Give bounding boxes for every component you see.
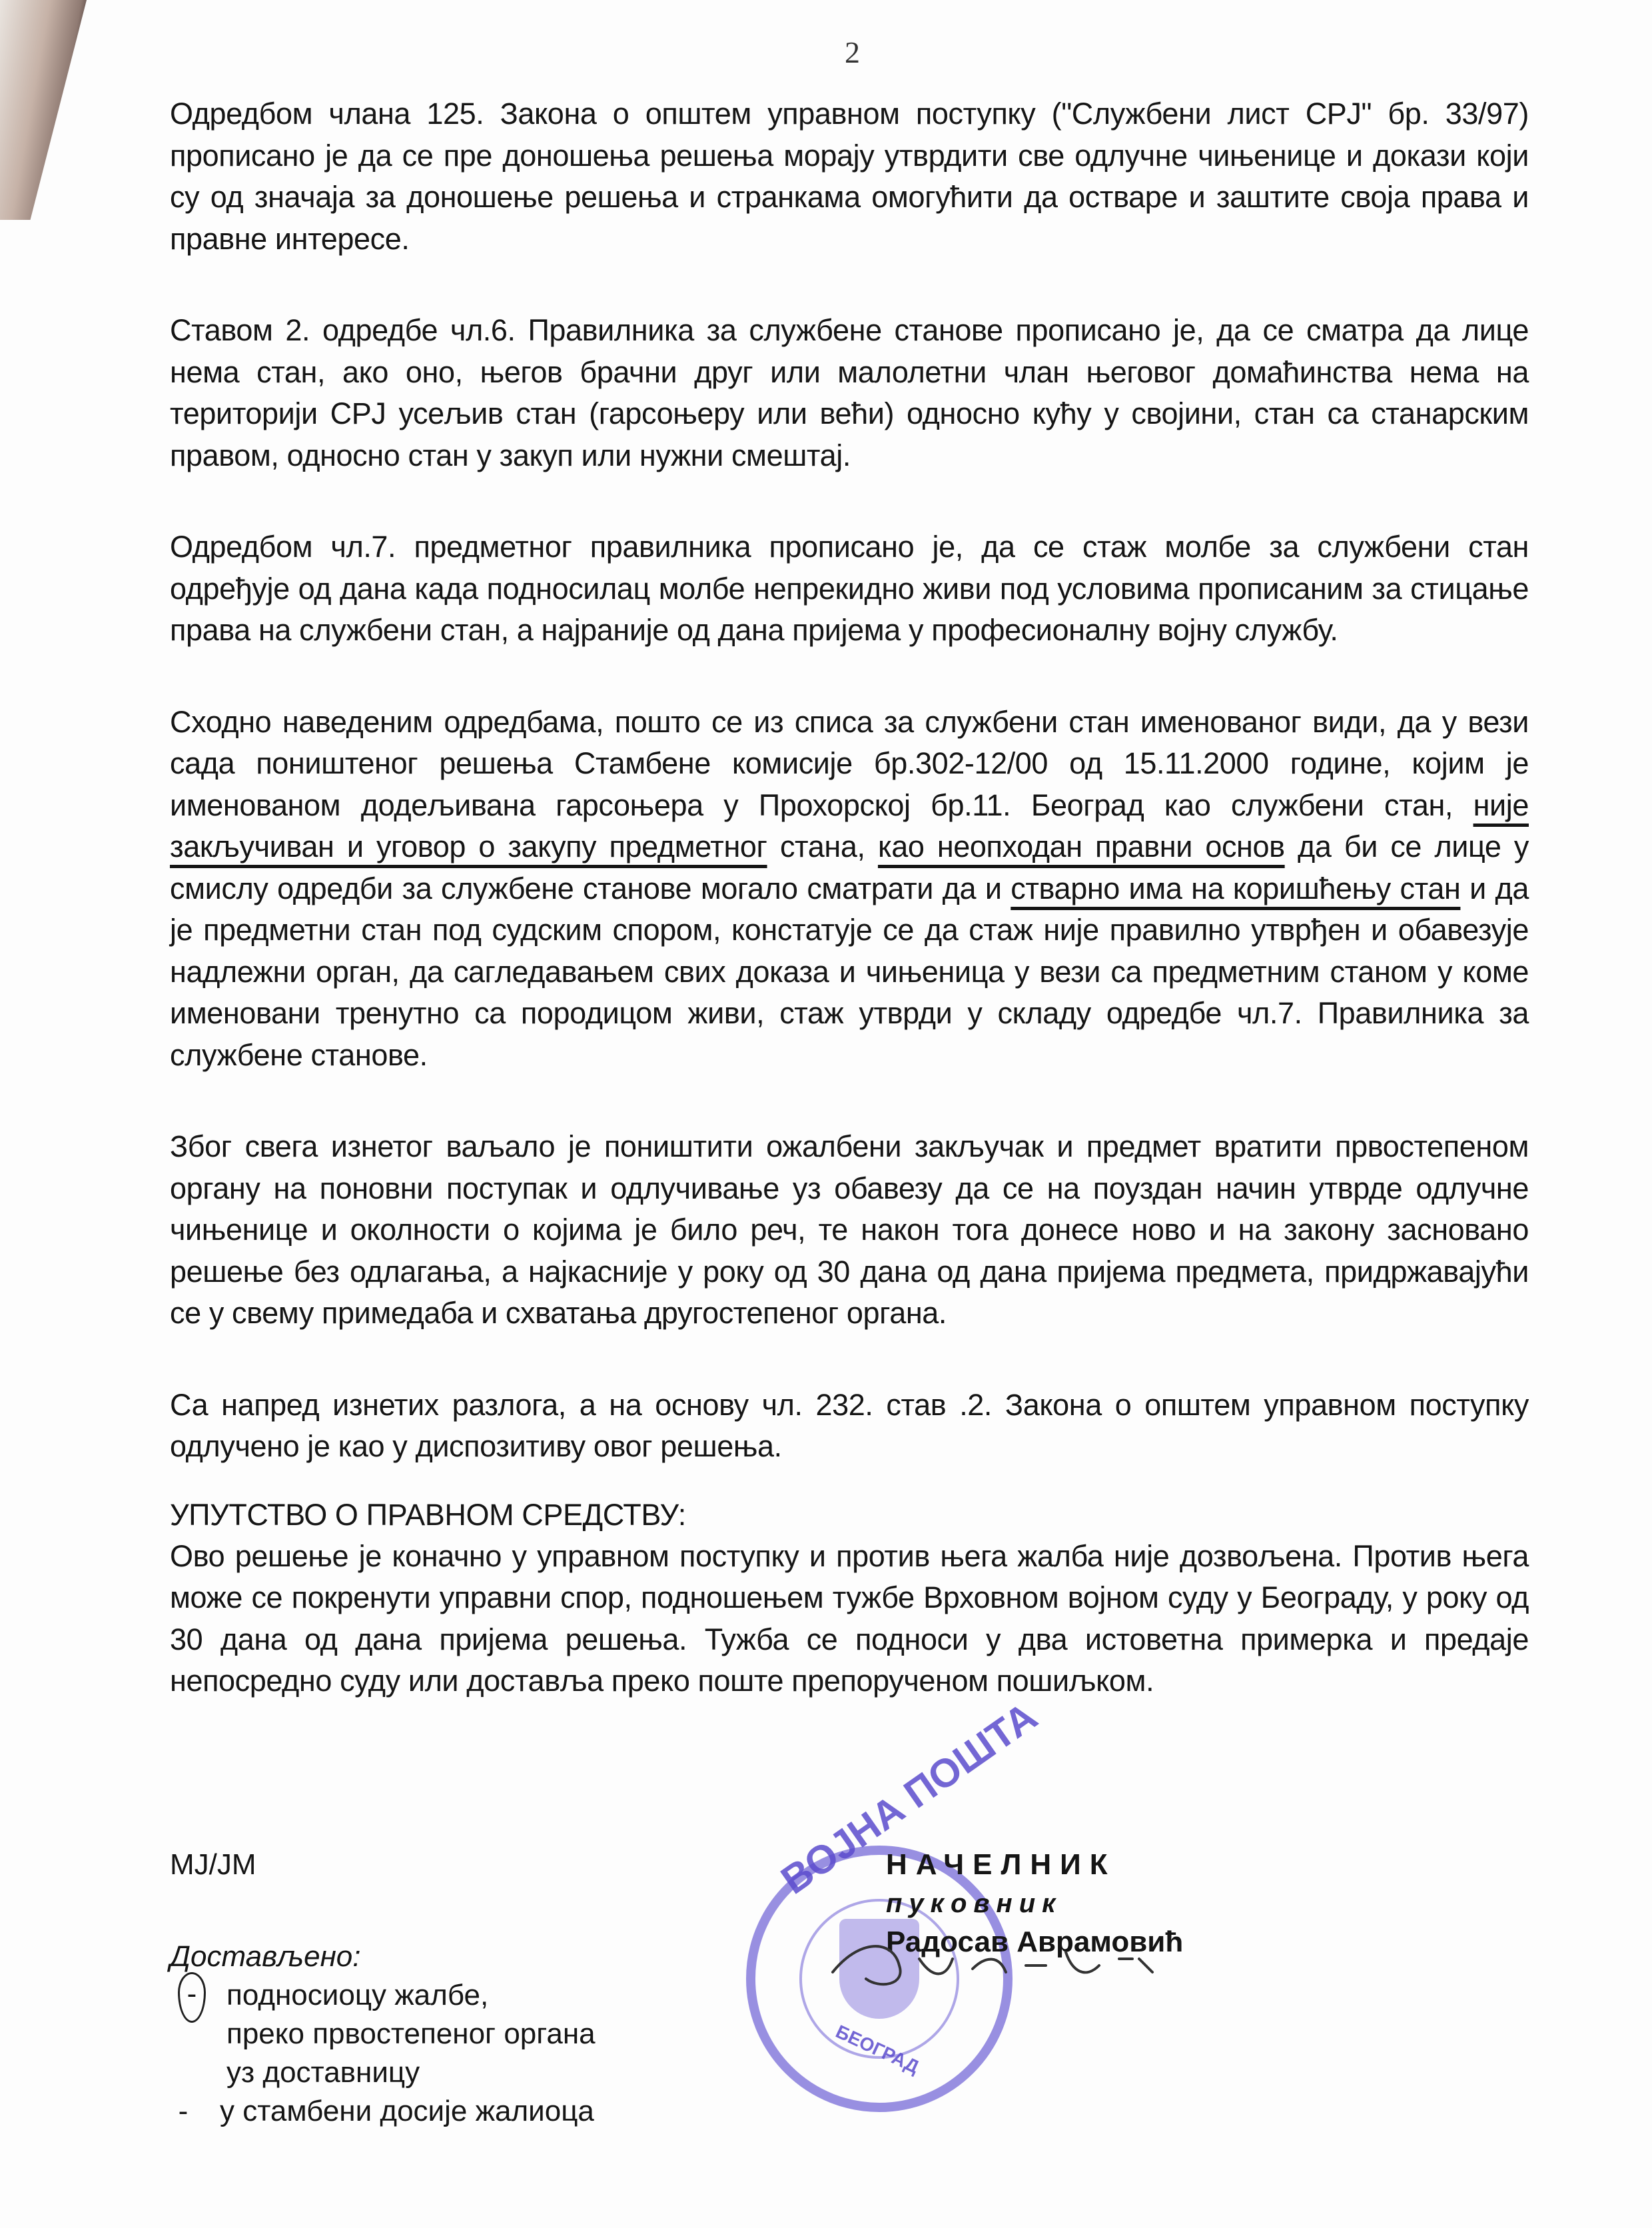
underlined-phrase-actual-use: стварно има на коришћењу стан	[1011, 871, 1460, 905]
circled-dash-icon: -	[178, 1972, 206, 2023]
paragraph-1: Одредбом члана 125. Закона о општем упра…	[170, 93, 1529, 260]
legal-remedy-heading: УПУТСТВО О ПРАВНОМ СРЕДСТВУ:	[170, 1494, 1529, 1536]
delivery-item: - у стамбени досије жалиоца	[170, 2092, 596, 2131]
footer-left: MJ/JM Достављено: - подносиоцу жалбе, пр…	[170, 1846, 596, 2131]
document-body: Одредбом члана 125. Закона о општем упра…	[170, 93, 1529, 1752]
delivery-line: у стамбени досије жалиоца	[220, 2092, 596, 2131]
delivery-line: подносиоцу жалбе,	[226, 1976, 596, 2015]
paragraph-6: Са напред изнетих разлога, а на основу ч…	[170, 1385, 1529, 1468]
delivered-label: Достављено:	[170, 1938, 596, 1976]
delivery-line: преко првостепеног органа	[226, 2015, 596, 2053]
paragraph-4-part-1: Сходно наведеним одредбама, пошто се из …	[170, 705, 1529, 822]
delivery-line: уз доставницу	[226, 2053, 596, 2092]
signatory-rank: пуковник	[886, 1884, 1183, 1923]
paragraph-2: Ставом 2. одредбе чл.6. Правилника за сл…	[170, 310, 1529, 476]
signatory-title: НАЧЕЛНИК	[886, 1846, 1183, 1884]
paragraph-5: Због свега изнетог ваљало је поништити о…	[170, 1126, 1529, 1335]
delivery-list: - подносиоцу жалбе, преко првостепеног о…	[170, 1976, 596, 2131]
paragraph-4-part-3: стана,	[767, 830, 878, 863]
scan-edge-shadow	[0, 0, 87, 220]
page-number: 2	[845, 35, 860, 70]
delivery-item: - подносиоцу жалбе, преко првостепеног о…	[170, 1976, 596, 2092]
reference-initials: MJ/JM	[170, 1846, 596, 1884]
underlined-phrase-legal-basis: као неопходан правни основ	[878, 830, 1285, 863]
legal-remedy-text: Ово решење је коначно у управном поступк…	[170, 1536, 1529, 1702]
paragraph-4: Сходно наведеним одредбама, пошто се из …	[170, 702, 1529, 1077]
handwritten-signature-icon	[819, 1932, 1192, 1992]
dash-icon: -	[170, 2092, 197, 2131]
paragraph-3: Одредбом чл.7. предметног правилника про…	[170, 526, 1529, 652]
